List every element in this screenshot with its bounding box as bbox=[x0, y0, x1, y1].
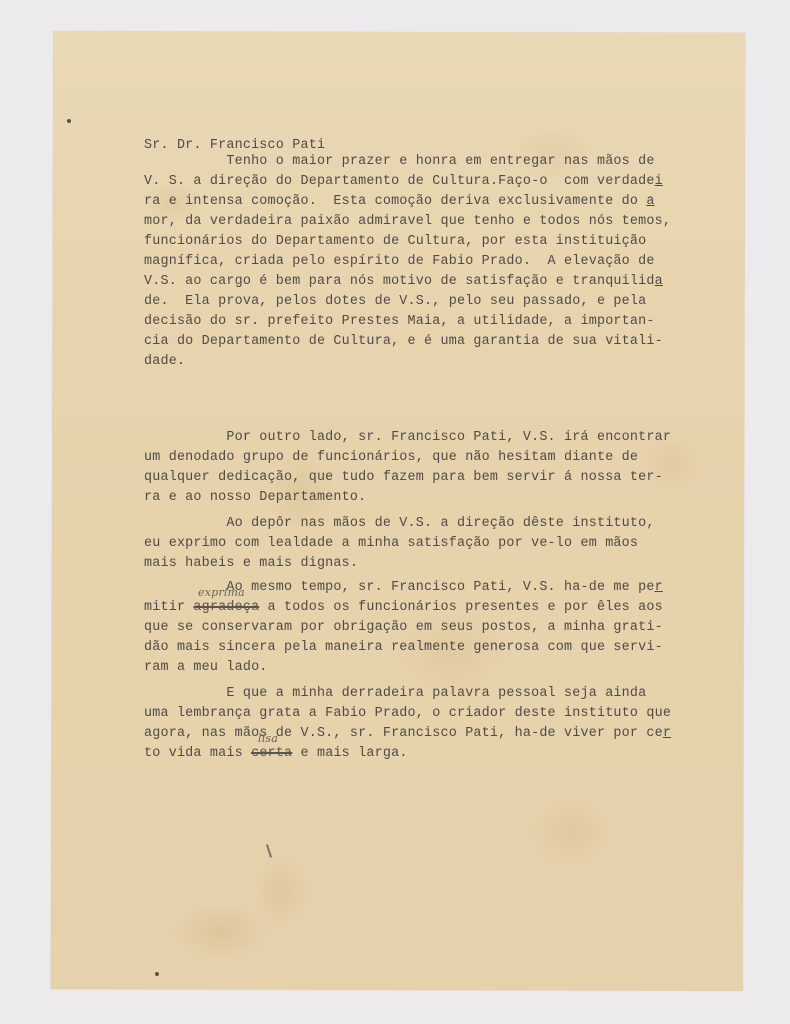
text-line: E que a minha derradeira palavra pessoal… bbox=[144, 684, 646, 704]
underlined-letter: r bbox=[655, 580, 663, 595]
text-line: que se conservaram por obrigação em seus… bbox=[144, 618, 663, 638]
text-line: magnífica, criada pelo espírito de Fabio… bbox=[144, 252, 655, 272]
text-line: Por outro lado, sr. Francisco Pati, V.S.… bbox=[144, 428, 671, 448]
underlined-letter: a bbox=[646, 194, 654, 209]
text-line: mais habeis e mais dignas. bbox=[144, 554, 358, 574]
text-line: funcionários do Departamento de Cultura,… bbox=[144, 232, 646, 252]
text-line: decisão do sr. prefeito Prestes Maia, a … bbox=[144, 312, 655, 332]
text-line: um denodado grupo de funcionários, que n… bbox=[144, 448, 638, 468]
text-segment: V. S. a direção do Departamento de Cultu… bbox=[144, 174, 655, 189]
text-line: mor, da verdadeira paixão admiravel que … bbox=[144, 212, 671, 232]
text-line: mitir agradeça a todos os funcionários p… bbox=[144, 598, 663, 618]
underlined-letter: i bbox=[655, 174, 663, 189]
text-segment: ra e intensa comoção. Esta comoção deriv… bbox=[144, 194, 646, 209]
text-line: ram a meu lado. bbox=[144, 658, 268, 678]
text-line: ra e intensa comoção. Esta comoção deriv… bbox=[144, 192, 655, 212]
handwritten-correction: lisa bbox=[258, 732, 278, 745]
text-line: dade. bbox=[144, 352, 185, 372]
text-line: de. Ela prova, pelos dotes de V.S., pelo… bbox=[144, 292, 646, 312]
text-line: uma lembrança grata a Fabio Prado, o cri… bbox=[144, 704, 671, 724]
text-segment: mitir bbox=[144, 600, 193, 615]
text-segment: e mais larga. bbox=[292, 746, 407, 761]
text-line: Tenho o maior prazer e honra em entregar… bbox=[144, 152, 655, 172]
text-line: Ao depôr nas mãos de V.S. a direção dêst… bbox=[144, 514, 655, 534]
text-segment: a todos os funcionários presentes e por … bbox=[259, 600, 663, 615]
text-line: V.S. ao cargo é bem para nós motivo de s… bbox=[144, 272, 663, 292]
text-line: ra e ao nosso Departamento. bbox=[144, 488, 366, 508]
text-segment: V.S. ao cargo é bem para nós motivo de s… bbox=[144, 274, 655, 289]
letter-body: Sr. Dr. Francisco Pati Tenho o maior pra… bbox=[0, 0, 790, 1024]
handwritten-correction: exprima bbox=[198, 586, 245, 599]
underlined-letter: r bbox=[663, 726, 671, 741]
text-segment: agora, nas mãos de V.S., sr. Francisco P… bbox=[144, 726, 663, 741]
text-line: to vida mais certa e mais larga. bbox=[144, 744, 408, 764]
struck-word: agradeça bbox=[193, 600, 259, 615]
text-line: agora, nas mãos de V.S., sr. Francisco P… bbox=[144, 724, 671, 744]
text-line: qualquer dedicação, que tudo fazem para … bbox=[144, 468, 663, 488]
text-line: dão mais sincera pela maneira realmente … bbox=[144, 638, 663, 658]
salutation: Sr. Dr. Francisco Pati bbox=[144, 138, 325, 153]
text-line: cia do Departamento de Cultura, e é uma … bbox=[144, 332, 663, 352]
text-line: eu exprimo com lealdade a minha satisfaç… bbox=[144, 534, 638, 554]
text-segment: to vida mais bbox=[144, 746, 251, 761]
struck-word: certa bbox=[251, 746, 292, 761]
underlined-letter: a bbox=[655, 274, 663, 289]
text-line: V. S. a direção do Departamento de Cultu… bbox=[144, 172, 663, 192]
